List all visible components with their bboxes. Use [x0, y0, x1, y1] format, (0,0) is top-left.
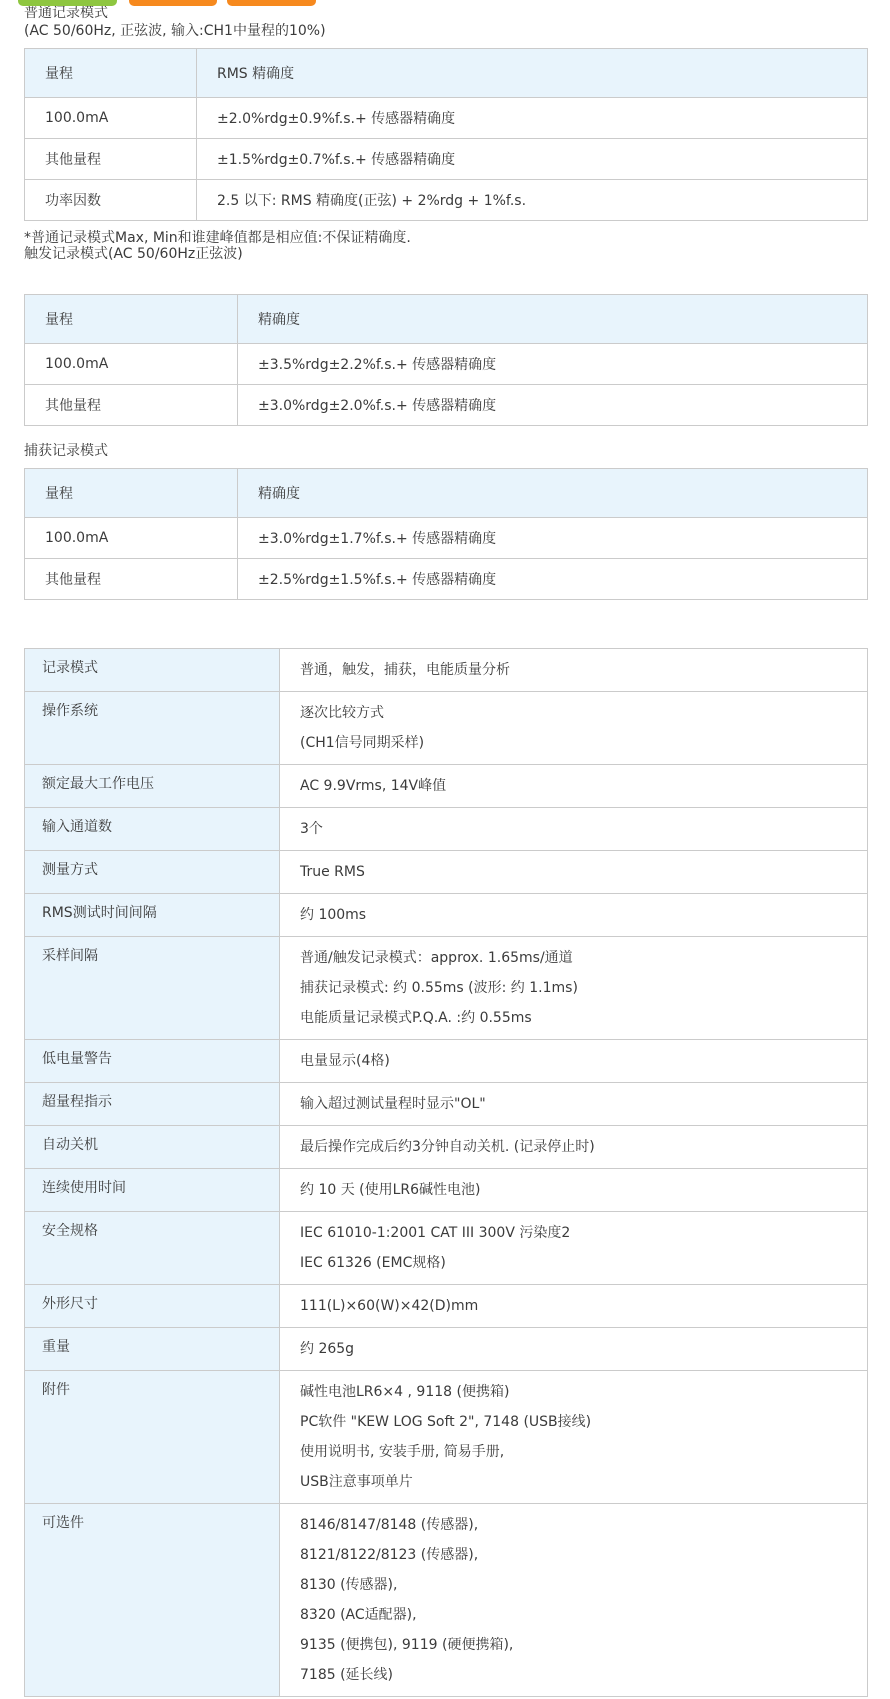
table-row: 其他量程 ±3.0%rdg±2.0%f.s.+ 传感器精确度 — [25, 385, 868, 426]
spec-value: 约 265g — [280, 1328, 868, 1371]
normal-mode-condition: (AC 50/60Hz, 正弦波, 输入:CH1中量程的10%) — [24, 22, 868, 40]
accuracy-cell: ±3.5%rdg±2.2%f.s.+ 传感器精确度 — [238, 344, 868, 385]
accuracy-cell: 2.5 以下: RMS 精确度(正弦) + 2%rdg + 1%f.s. — [197, 180, 868, 221]
table-row: 重量 约 265g — [25, 1328, 868, 1371]
spec-label: 连续使用时间 — [25, 1169, 280, 1212]
top-tab-strip — [0, 0, 890, 6]
table-row: 功率因数 2.5 以下: RMS 精确度(正弦) + 2%rdg + 1%f.s… — [25, 180, 868, 221]
spec-page-content: 普通记录模式 (AC 50/60Hz, 正弦波, 输入:CH1中量程的10%) … — [24, 0, 868, 1697]
table-row: 测量方式 True RMS — [25, 851, 868, 894]
spec-label: RMS测试时间间隔 — [25, 894, 280, 937]
capture-mode-title: 捕获记录模式 — [24, 440, 868, 460]
range-cell: 100.0mA — [25, 98, 197, 139]
spec-label: 采样间隔 — [25, 937, 280, 1040]
range-cell: 100.0mA — [25, 344, 238, 385]
spec-label: 重量 — [25, 1328, 280, 1371]
range-cell: 其他量程 — [25, 559, 238, 600]
spec-value: 111(L)×60(W)×42(D)mm — [280, 1285, 868, 1328]
table-row: RMS测试时间间隔 约 100ms — [25, 894, 868, 937]
range-cell: 功率因数 — [25, 180, 197, 221]
table-row: 100.0mA ±3.0%rdg±1.7%f.s.+ 传感器精确度 — [25, 518, 868, 559]
table-row: 可选件 8146/8147/8148 (传感器), 8121/8122/8123… — [25, 1504, 868, 1697]
table-row: 采样间隔 普通/触发记录模式：approx. 1.65ms/通道 捕获记录模式:… — [25, 937, 868, 1040]
spec-value: 输入超过测试量程时显示"OL" — [280, 1083, 868, 1126]
spec-label: 记录模式 — [25, 649, 280, 692]
table-row: 其他量程 ±1.5%rdg±0.7%f.s.+ 传感器精确度 — [25, 139, 868, 180]
spec-value: 逐次比较方式 (CH1信号同期采样) — [280, 692, 868, 765]
tab-button-orange-2[interactable] — [227, 0, 316, 6]
spec-label: 自动关机 — [25, 1126, 280, 1169]
table-row: 超量程指示 输入超过测试量程时显示"OL" — [25, 1083, 868, 1126]
spec-label: 外形尺寸 — [25, 1285, 280, 1328]
accuracy-cell: ±3.0%rdg±2.0%f.s.+ 传感器精确度 — [238, 385, 868, 426]
column-header-range: 量程 — [25, 49, 197, 98]
tab-button-green[interactable] — [18, 0, 117, 6]
table-row: 附件 碱性电池LR6×4 , 9118 (便携箱) PC软件 "KEW LOG … — [25, 1371, 868, 1504]
spec-label: 输入通道数 — [25, 808, 280, 851]
table-row: 额定最大工作电压 AC 9.9Vrms, 14V峰值 — [25, 765, 868, 808]
spec-label: 安全规格 — [25, 1212, 280, 1285]
spec-value: 约 100ms — [280, 894, 868, 937]
spec-value: 最后操作完成后约3分钟自动关机. (记录停止时) — [280, 1126, 868, 1169]
spec-label: 超量程指示 — [25, 1083, 280, 1126]
accuracy-cell: ±2.0%rdg±0.9%f.s.+ 传感器精确度 — [197, 98, 868, 139]
spec-value: 普通/触发记录模式：approx. 1.65ms/通道 捕获记录模式: 约 0.… — [280, 937, 868, 1040]
spec-value: 普通，触发，捕获，电能质量分析 — [280, 649, 868, 692]
table-row: 100.0mA ±3.5%rdg±2.2%f.s.+ 传感器精确度 — [25, 344, 868, 385]
spec-label: 额定最大工作电压 — [25, 765, 280, 808]
accuracy-cell: ±1.5%rdg±0.7%f.s.+ 传感器精确度 — [197, 139, 868, 180]
general-specifications-table: 记录模式 普通，触发，捕获，电能质量分析 操作系统 逐次比较方式 (CH1信号同… — [24, 648, 868, 1697]
column-header-rms-accuracy: RMS 精确度 — [197, 49, 868, 98]
spec-value: 3个 — [280, 808, 868, 851]
range-cell: 其他量程 — [25, 139, 197, 180]
spec-value: 电量显示(4格) — [280, 1040, 868, 1083]
table-row: 外形尺寸 111(L)×60(W)×42(D)mm — [25, 1285, 868, 1328]
normal-mode-accuracy-table: 量程 RMS 精确度 100.0mA ±2.0%rdg±0.9%f.s.+ 传感… — [24, 48, 868, 221]
spec-value: IEC 61010-1:2001 CAT III 300V 污染度2 IEC 6… — [280, 1212, 868, 1285]
table-row: 自动关机 最后操作完成后约3分钟自动关机. (记录停止时) — [25, 1126, 868, 1169]
range-cell: 其他量程 — [25, 385, 238, 426]
accuracy-cell: ±3.0%rdg±1.7%f.s.+ 传感器精确度 — [238, 518, 868, 559]
note-line-2-trigger-mode-title: 触发记录模式(AC 50/60Hz正弦波) — [24, 246, 868, 262]
column-header-accuracy: 精确度 — [238, 295, 868, 344]
table-row: 100.0mA ±2.0%rdg±0.9%f.s.+ 传感器精确度 — [25, 98, 868, 139]
accuracy-cell: ±2.5%rdg±1.5%f.s.+ 传感器精确度 — [238, 559, 868, 600]
accuracy-note: *普通记录模式Max, Min和谁建峰值都是相应值:不保证精确度. 触发记录模式… — [24, 230, 868, 262]
spec-value: 约 10 天 (使用LR6碱性电池) — [280, 1169, 868, 1212]
capture-mode-accuracy-table: 量程 精确度 100.0mA ±3.0%rdg±1.7%f.s.+ 传感器精确度… — [24, 468, 868, 600]
table-row: 低电量警告 电量显示(4格) — [25, 1040, 868, 1083]
spec-label: 操作系统 — [25, 692, 280, 765]
spec-value: True RMS — [280, 851, 868, 894]
spec-value: 8146/8147/8148 (传感器), 8121/8122/8123 (传感… — [280, 1504, 868, 1697]
table-row: 连续使用时间 约 10 天 (使用LR6碱性电池) — [25, 1169, 868, 1212]
trigger-mode-accuracy-table: 量程 精确度 100.0mA ±3.5%rdg±2.2%f.s.+ 传感器精确度… — [24, 294, 868, 426]
table-row: 安全规格 IEC 61010-1:2001 CAT III 300V 污染度2 … — [25, 1212, 868, 1285]
spec-label: 可选件 — [25, 1504, 280, 1697]
column-header-range: 量程 — [25, 469, 238, 518]
note-line-1: *普通记录模式Max, Min和谁建峰值都是相应值:不保证精确度. — [24, 230, 868, 246]
column-header-accuracy: 精确度 — [238, 469, 868, 518]
column-header-range: 量程 — [25, 295, 238, 344]
spec-value: AC 9.9Vrms, 14V峰值 — [280, 765, 868, 808]
spec-value: 碱性电池LR6×4 , 9118 (便携箱) PC软件 "KEW LOG Sof… — [280, 1371, 868, 1504]
table-row: 记录模式 普通，触发，捕获，电能质量分析 — [25, 649, 868, 692]
table-row: 操作系统 逐次比较方式 (CH1信号同期采样) — [25, 692, 868, 765]
table-row: 输入通道数 3个 — [25, 808, 868, 851]
spec-label: 附件 — [25, 1371, 280, 1504]
tab-button-orange-1[interactable] — [129, 0, 217, 6]
spec-label: 低电量警告 — [25, 1040, 280, 1083]
spec-label: 测量方式 — [25, 851, 280, 894]
range-cell: 100.0mA — [25, 518, 238, 559]
table-row: 其他量程 ±2.5%rdg±1.5%f.s.+ 传感器精确度 — [25, 559, 868, 600]
